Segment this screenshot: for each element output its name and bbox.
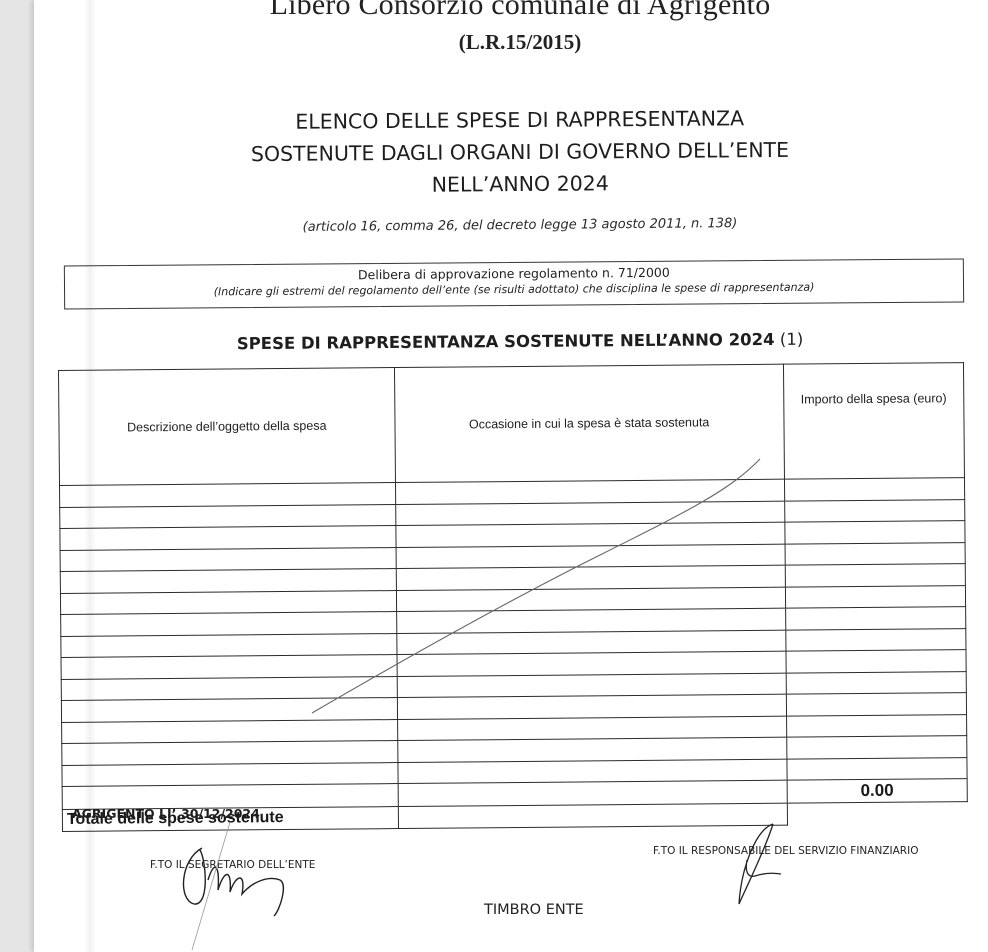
regulation-box: Delibera di approvazione regolamento n. … [64, 258, 964, 309]
heading-line: SOSTENUTE DAGLI ORGANI DI GOVERNO DELL’E… [190, 133, 850, 170]
amount-cell [785, 585, 965, 608]
total-amount: 0.00 [787, 779, 967, 804]
document-heading: ELENCO DELLE SPESE DI RAPPRESENTANZA SOS… [190, 101, 851, 202]
amount-cell [785, 564, 965, 587]
expenses-table: Descrizione dell’oggetto della spesa Occ… [58, 362, 968, 831]
description-cell [62, 762, 398, 786]
description-cell [61, 698, 397, 722]
description-cell [61, 633, 397, 657]
description-cell [60, 590, 396, 614]
amount-cell [784, 478, 964, 501]
table-body [60, 478, 968, 787]
header-occasion: Occasione in cui la spesa è stata sosten… [394, 364, 784, 482]
signatory-secretary: F.TO IL SEGRETARIO DELL’ENTE [150, 859, 315, 871]
signatory-finance: F.TO IL RESPONSABILE DEL SERVIZIO FINANZ… [653, 845, 918, 857]
description-cell [60, 569, 396, 593]
amount-cell [786, 671, 966, 694]
description-cell [60, 483, 396, 507]
description-cell [61, 676, 397, 700]
blank-cell [787, 802, 967, 825]
blank-cell [398, 780, 787, 806]
amount-cell [785, 607, 965, 630]
document-title: Libero Consorzio comunale di Agrigento [0, 0, 988, 22]
description-cell [62, 719, 398, 743]
amount-cell [786, 736, 966, 759]
amount-cell [784, 499, 964, 522]
amount-cell [785, 542, 965, 565]
blank-cell [398, 803, 787, 828]
expenses-table-container: Descrizione dell’oggetto della spesa Occ… [58, 362, 968, 831]
amount-cell [786, 628, 966, 651]
description-cell [61, 612, 397, 636]
heading-line: NELL’ANNO 2024 [190, 165, 850, 202]
section-footnote-ref: (1) [780, 330, 804, 349]
document-subtitle: (L.R.15/2015) [0, 30, 988, 55]
amount-cell [786, 714, 966, 737]
amount-cell [785, 521, 965, 544]
header-description: Descrizione dell’oggetto della spesa [59, 368, 396, 486]
stamp-label: TIMBRO ENTE [484, 902, 584, 918]
description-cell [62, 741, 398, 765]
table-header-row: Descrizione dell’oggetto della spesa Occ… [59, 363, 965, 486]
amount-cell [786, 650, 966, 673]
amount-cell [787, 757, 967, 780]
description-cell [61, 655, 397, 679]
description-cell [60, 526, 396, 550]
description-cell [60, 504, 396, 528]
place-and-date: AGRIGENTO LI’,30/12/2024 [72, 806, 260, 821]
description-cell [60, 547, 396, 571]
header-amount: Importo della spesa (euro) [783, 363, 964, 480]
amount-cell [786, 693, 966, 716]
heading-line: ELENCO DELLE SPESE DI RAPPRESENTANZA [190, 101, 850, 138]
